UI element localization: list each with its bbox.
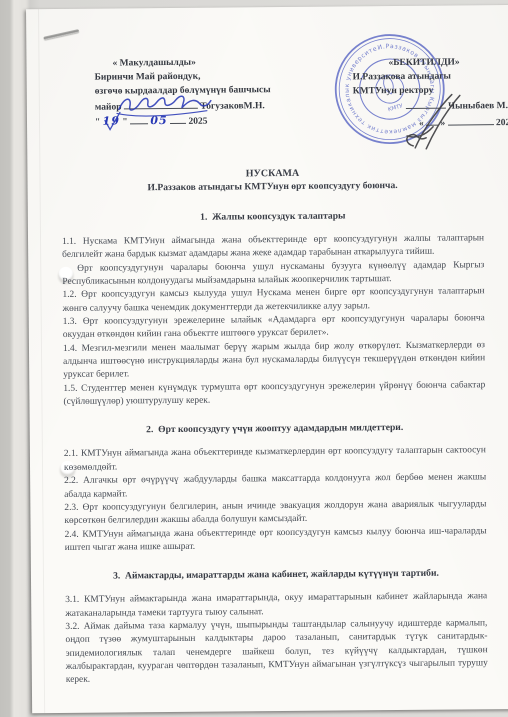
right-year: 2025 — [496, 118, 508, 128]
paragraph-2-3: 2.3. Өрт коопсуздугунун белгилерин, анын… — [64, 498, 486, 528]
left-signer-name: ТогузаковМ.Н. — [200, 101, 264, 112]
right-day-line — [426, 115, 438, 125]
paragraph-3-1: 3.1. КМТУнун аймактарында жана имараттар… — [65, 590, 487, 620]
handwritten-day: 19 — [103, 114, 120, 127]
document-body: НУСКАМА И.Раззаков атындагы КМТУнун өрт … — [61, 165, 488, 687]
paragraph-1-2: 1.2. Өрт коопсуздугун камсыз кылууда ушу… — [62, 286, 484, 316]
left-month-line — [130, 114, 148, 124]
paragraph-3-2: 3.2. Аймак дайыма таза кармалуу үчүн, шы… — [65, 617, 488, 687]
page-crease-line — [38, 9, 45, 713]
rector-name: Чыныбаев М.К — [448, 101, 508, 112]
paragraph-1-1: 1.1. Нускама КМТУнун аймагында жана объе… — [62, 232, 484, 262]
quote-close: " — [122, 117, 127, 127]
rector-signature-line — [406, 98, 446, 108]
approval-block-right: «БЕКИТИЛДИ» И.Раззакова атындагы КМТУнун… — [352, 55, 508, 131]
paragraph-1-1a: Өрт коопсуздугунун чаралары боюнча ушул … — [62, 259, 484, 289]
left-year: 2025 — [188, 116, 207, 126]
paragraph-2-1: 2.1. КМТУнун аймагында жана объекттеринд… — [64, 445, 486, 475]
paragraph-1-3: 1.3. Өрт коопсуздугунун эрежелерине ылай… — [63, 312, 485, 342]
right-month-line — [448, 115, 494, 125]
document-page: И.Раззаков атындагы Кыргыз мамлекеттик т… — [26, 5, 508, 713]
paragraph-1-5: 1.5. Студенттер менен күнүмдүк турмушта … — [63, 379, 485, 409]
approval-block-left: « Макулдашылды» Биринчи Май райондук, өз… — [94, 55, 310, 130]
paragraph-2-2: 2.2. Алгачкы өрт өчүрүүчү жабдууларды ба… — [64, 471, 486, 501]
left-signature-line — [124, 98, 198, 109]
quote-open: " — [95, 117, 100, 127]
section-1-heading: 1. Жалпы коопсуздук талаптары — [62, 208, 484, 225]
handwritten-month: 05 — [150, 114, 167, 127]
guillemet-open: « — [419, 119, 424, 129]
right-org-line2: КМТУнун ректору — [353, 83, 508, 99]
section-2-heading: 2. Өрт коопсуздугу үчүн жооптуу адамдард… — [64, 421, 486, 438]
paragraph-2-4: 2.4. КМТУнун аймагында жана объекттеринд… — [65, 525, 487, 555]
paragraph-1-4: 1.4. Мезгил-мезгили менен маалымат берүү… — [63, 339, 485, 383]
left-year-line — [170, 114, 186, 124]
left-rank: майор — [95, 102, 122, 112]
right-org-line1: И.Раззакова атындагы — [353, 69, 508, 85]
section-3-heading: 3. Аймактарды, имараттарды жана кабинет,… — [65, 566, 487, 583]
approved-label: «БЕКИТИЛДИ» — [352, 55, 508, 71]
scan-background: { "approval_left": { "agreed_label": "« … — [0, 0, 508, 717]
document-subtitle: И.Раззаков атындагы КМТУнун өрт коопсузд… — [62, 178, 484, 195]
staple-mark — [43, 29, 79, 40]
guillemet-close: » — [440, 118, 445, 128]
